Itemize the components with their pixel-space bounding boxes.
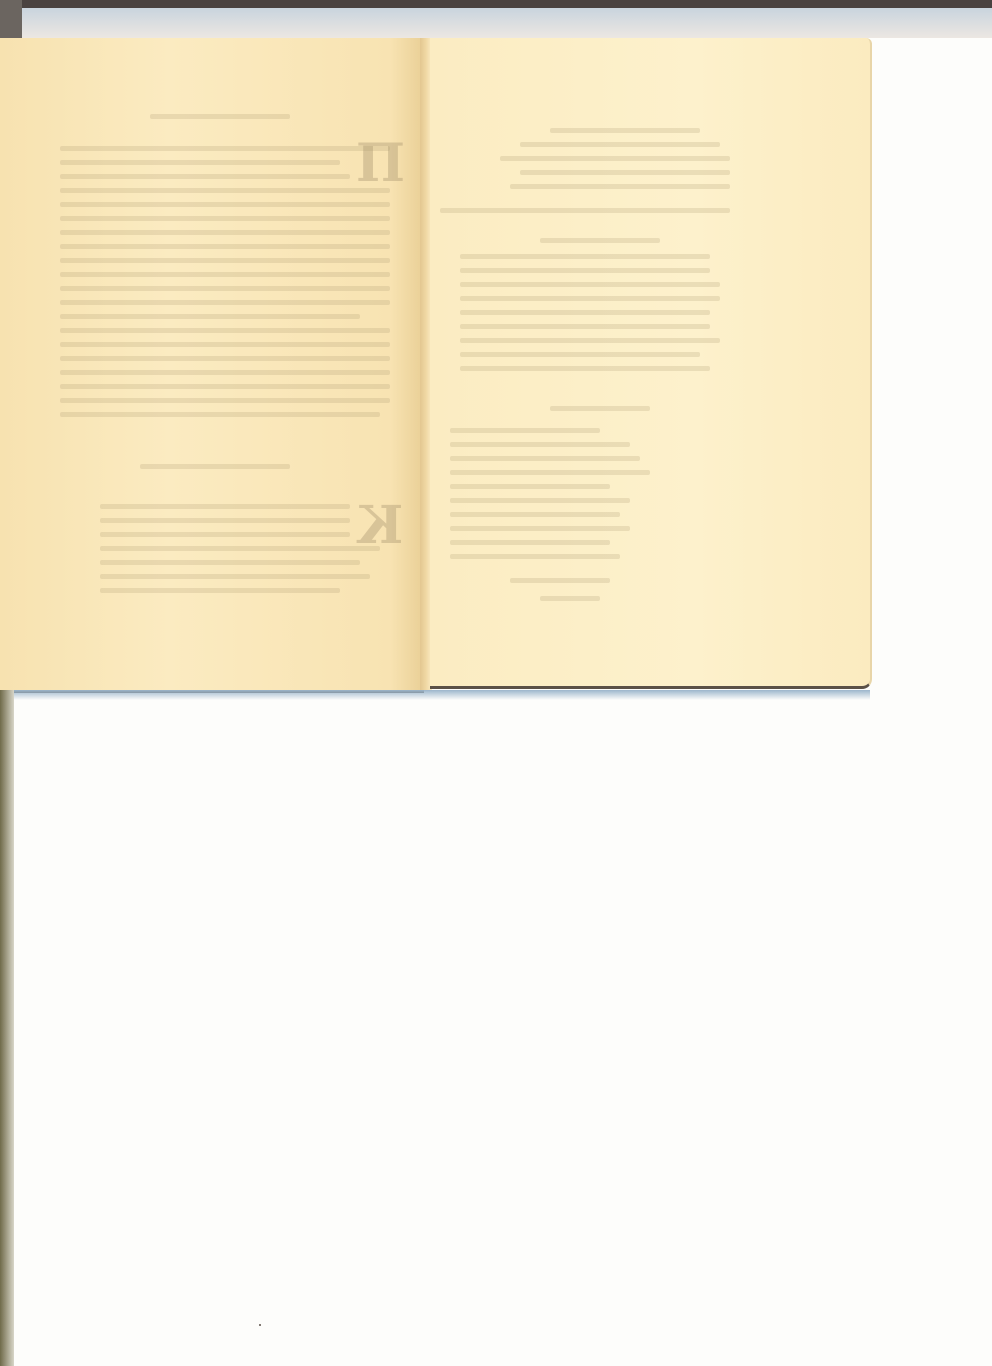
book-shadow <box>0 690 870 700</box>
drop-cap-k: К <box>356 500 403 552</box>
left-page: П К <box>0 38 424 693</box>
scanner-corner <box>0 0 22 40</box>
right-page <box>430 38 872 689</box>
scanner-left-edge <box>0 690 14 1366</box>
scanner-lid-strip <box>22 8 992 38</box>
open-book: П К <box>0 38 870 690</box>
scanner-top-edge <box>0 0 992 8</box>
